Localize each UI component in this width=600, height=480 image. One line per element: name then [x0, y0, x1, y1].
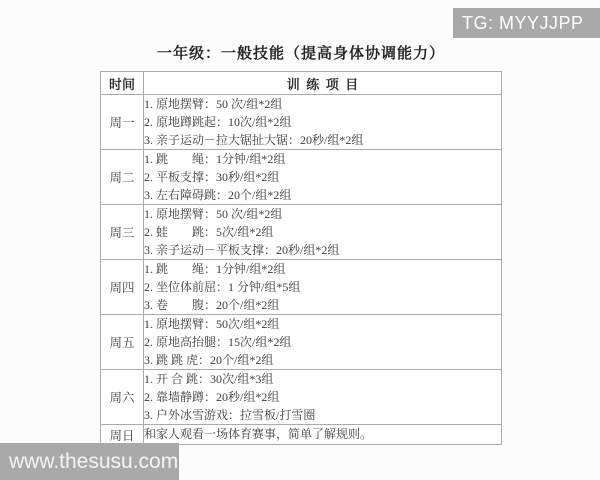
day-label: 周三: [101, 205, 144, 260]
day-label: 周日: [101, 425, 144, 445]
training-item: 3. 亲子运动－平板支撑：20秒/组*2组: [144, 241, 501, 259]
items-cell: 1. 原地摆臂：50次/组*2组 2. 原地高抬腿：15次/组*2组 3. 跳 …: [144, 315, 502, 370]
items-cell: 1. 开 合 跳：30次/组*3组 2. 靠墙静蹲：20秒/组*2组 3. 户外…: [144, 370, 502, 425]
day-label: 周四: [101, 260, 144, 315]
training-item: 2. 坐位体前屈：1 分钟/组*5组: [144, 278, 501, 296]
training-item: 1. 原地摆臂：50 次/组*2组: [144, 205, 501, 223]
table-row-saturday: 周六 1. 开 合 跳：30次/组*3组 2. 靠墙静蹲：20秒/组*2组 3.…: [101, 370, 502, 425]
watermark-website: www.thesusu.com: [0, 443, 179, 480]
training-item: 1. 原地摆臂：50次/组*2组: [144, 315, 501, 333]
table-row-wednesday: 周三 1. 原地摆臂：50 次/组*2组 2. 蛙 跳：5次/组*2组 3. 亲…: [101, 205, 502, 260]
day-label: 周一: [101, 95, 144, 150]
training-schedule-table: 时间 训 练 项 目 周一 1. 原地摆臂：50 次/组*2组 2. 原地蹲跳起…: [100, 71, 502, 445]
training-item: 和家人观看一场体育赛事，简单了解规则。: [144, 425, 501, 444]
day-label: 周六: [101, 370, 144, 425]
training-item: 1. 原地摆臂：50 次/组*2组: [144, 95, 501, 113]
training-item: 3. 亲子运动－拉大锯扯大锯：20秒/组*2组: [144, 131, 501, 149]
items-cell: 1. 原地摆臂：50 次/组*2组 2. 原地蹲跳起：10次/组*2组 3. 亲…: [144, 95, 502, 150]
training-item: 3. 跳 跳 虎：20个/组*2组: [144, 351, 501, 369]
table-row-sunday: 周日 和家人观看一场体育赛事，简单了解规则。: [101, 425, 502, 445]
table-row-thursday: 周四 1. 跳 绳：1分钟/组*2组 2. 坐位体前屈：1 分钟/组*5组 3.…: [101, 260, 502, 315]
table-row-monday: 周一 1. 原地摆臂：50 次/组*2组 2. 原地蹲跳起：10次/组*2组 3…: [101, 95, 502, 150]
items-cell: 1. 跳 绳：1分钟/组*2组 2. 平板支撑：30秒/组*2组 3. 左右障碍…: [144, 150, 502, 205]
items-cell: 和家人观看一场体育赛事，简单了解规则。: [144, 425, 502, 445]
training-item: 2. 靠墙静蹲：20秒/组*2组: [144, 388, 501, 406]
items-cell: 1. 跳 绳：1分钟/组*2组 2. 坐位体前屈：1 分钟/组*5组 3. 卷 …: [144, 260, 502, 315]
training-item: 2. 原地高抬腿：15次/组*2组: [144, 333, 501, 351]
training-item: 2. 平板支撑：30秒/组*2组: [144, 168, 501, 186]
column-header-training-items: 训 练 项 目: [144, 72, 502, 95]
training-item: 1. 跳 绳：1分钟/组*2组: [144, 260, 501, 278]
watermark-telegram: TG: MYYJJPP: [453, 8, 600, 38]
training-item: 1. 开 合 跳：30次/组*3组: [144, 370, 501, 388]
training-item: 3. 卷 腹：20个/组*2组: [144, 296, 501, 314]
training-item: 2. 蛙 跳：5次/组*2组: [144, 223, 501, 241]
training-item: 2. 原地蹲跳起：10次/组*2组: [144, 113, 501, 131]
training-item: 3. 户外冰雪游戏：拉雪板/打雪圈: [144, 406, 501, 424]
column-header-time: 时间: [101, 72, 144, 95]
table-header-row: 时间 训 练 项 目: [101, 72, 502, 95]
table-row-friday: 周五 1. 原地摆臂：50次/组*2组 2. 原地高抬腿：15次/组*2组 3.…: [101, 315, 502, 370]
table-row-tuesday: 周二 1. 跳 绳：1分钟/组*2组 2. 平板支撑：30秒/组*2组 3. 左…: [101, 150, 502, 205]
day-label: 周五: [101, 315, 144, 370]
training-item: 3. 左右障碍跳：20个/组*2组: [144, 186, 501, 204]
items-cell: 1. 原地摆臂：50 次/组*2组 2. 蛙 跳：5次/组*2组 3. 亲子运动…: [144, 205, 502, 260]
day-label: 周二: [101, 150, 144, 205]
training-item: 1. 跳 绳：1分钟/组*2组: [144, 150, 501, 168]
page-title: 一年级：一般技能（提高身体协调能力）: [100, 42, 502, 63]
